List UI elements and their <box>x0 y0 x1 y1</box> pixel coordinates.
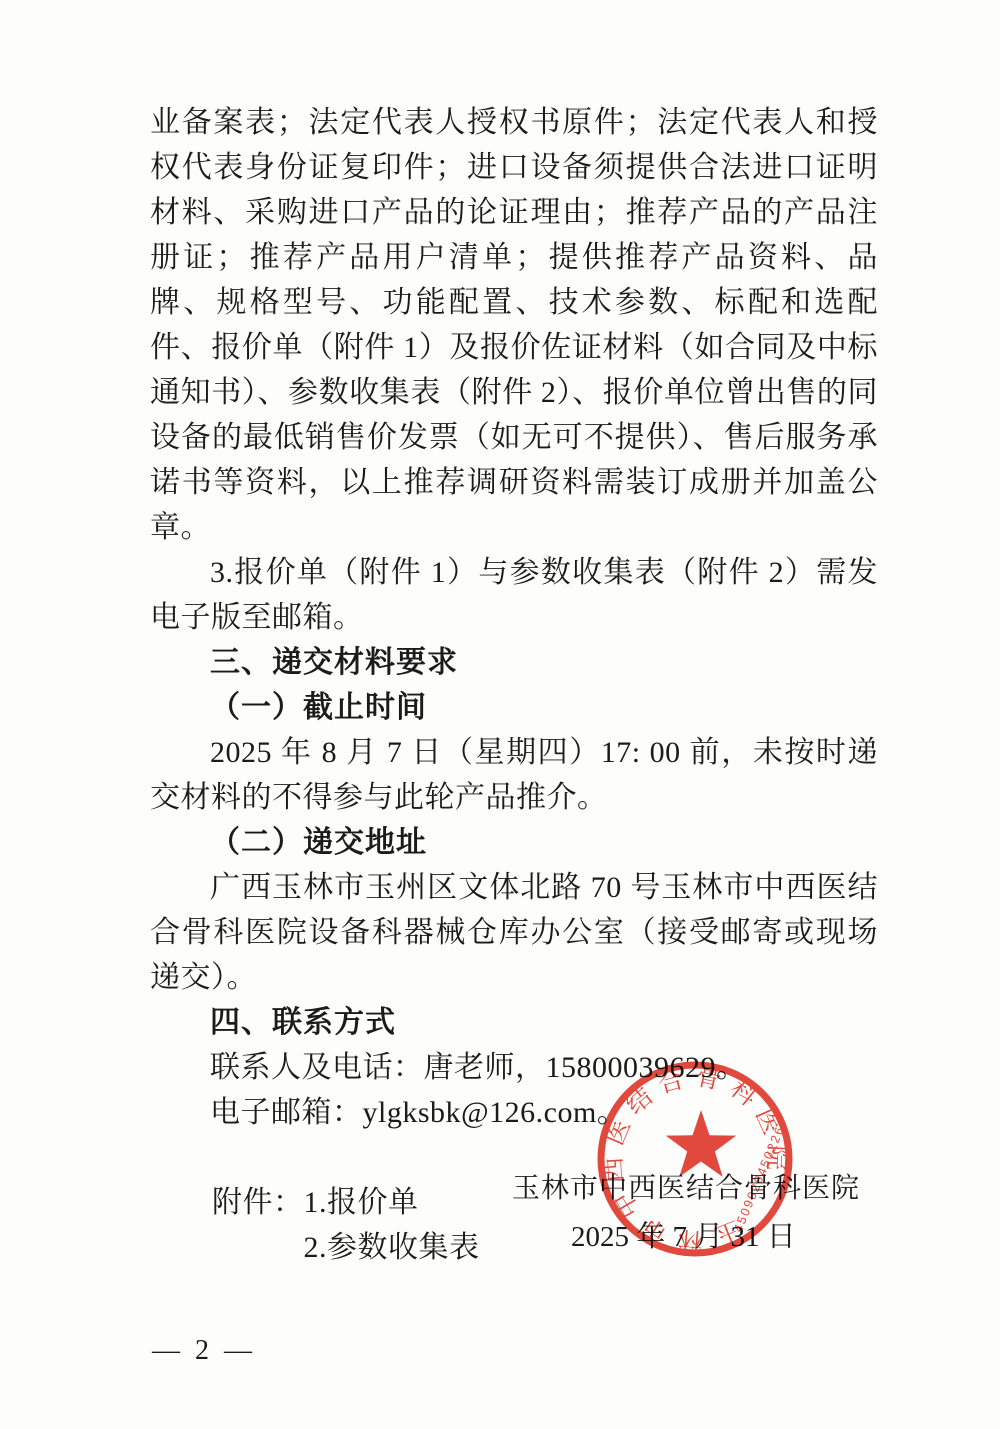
attachments-label: 附件： <box>212 1180 304 1225</box>
page-number: — 2 — <box>152 1335 256 1367</box>
para-continuation: 业备案表；法定代表人授权书原件；法定代表人和授权代表身份证复印件；进口设备须提供… <box>150 100 878 550</box>
heading-section-3: 三、递交材料要求 <box>150 640 878 685</box>
official-seal: 玉林市中西医结合骨科医院 4509020450226 <box>595 1059 795 1259</box>
para-deadline: 2025 年 8 月 7 日（星期四）17: 00 前，未按时递交材料的不得参与… <box>150 730 878 820</box>
document-page: 业备案表；法定代表人授权书原件；法定代表人和授权代表身份证复印件；进口设备须提供… <box>0 0 1000 1429</box>
attachment-item: 1.报价单 <box>304 1180 480 1225</box>
heading-contact: 四、联系方式 <box>150 1000 878 1045</box>
para-electronic-copy: 3.报价单（附件 1）与参数收集表（附件 2）需发电子版至邮箱。 <box>150 550 878 640</box>
attachment-item: 2.参数收集表 <box>304 1225 480 1270</box>
heading-deadline: （一）截止时间 <box>150 685 878 730</box>
heading-address: （二）递交地址 <box>150 820 878 865</box>
para-address: 广西玉林市玉州区文体北路 70 号玉林市中西医结合骨科医院设备科器械仓库办公室（… <box>150 865 878 1000</box>
seal-star <box>666 1110 736 1177</box>
